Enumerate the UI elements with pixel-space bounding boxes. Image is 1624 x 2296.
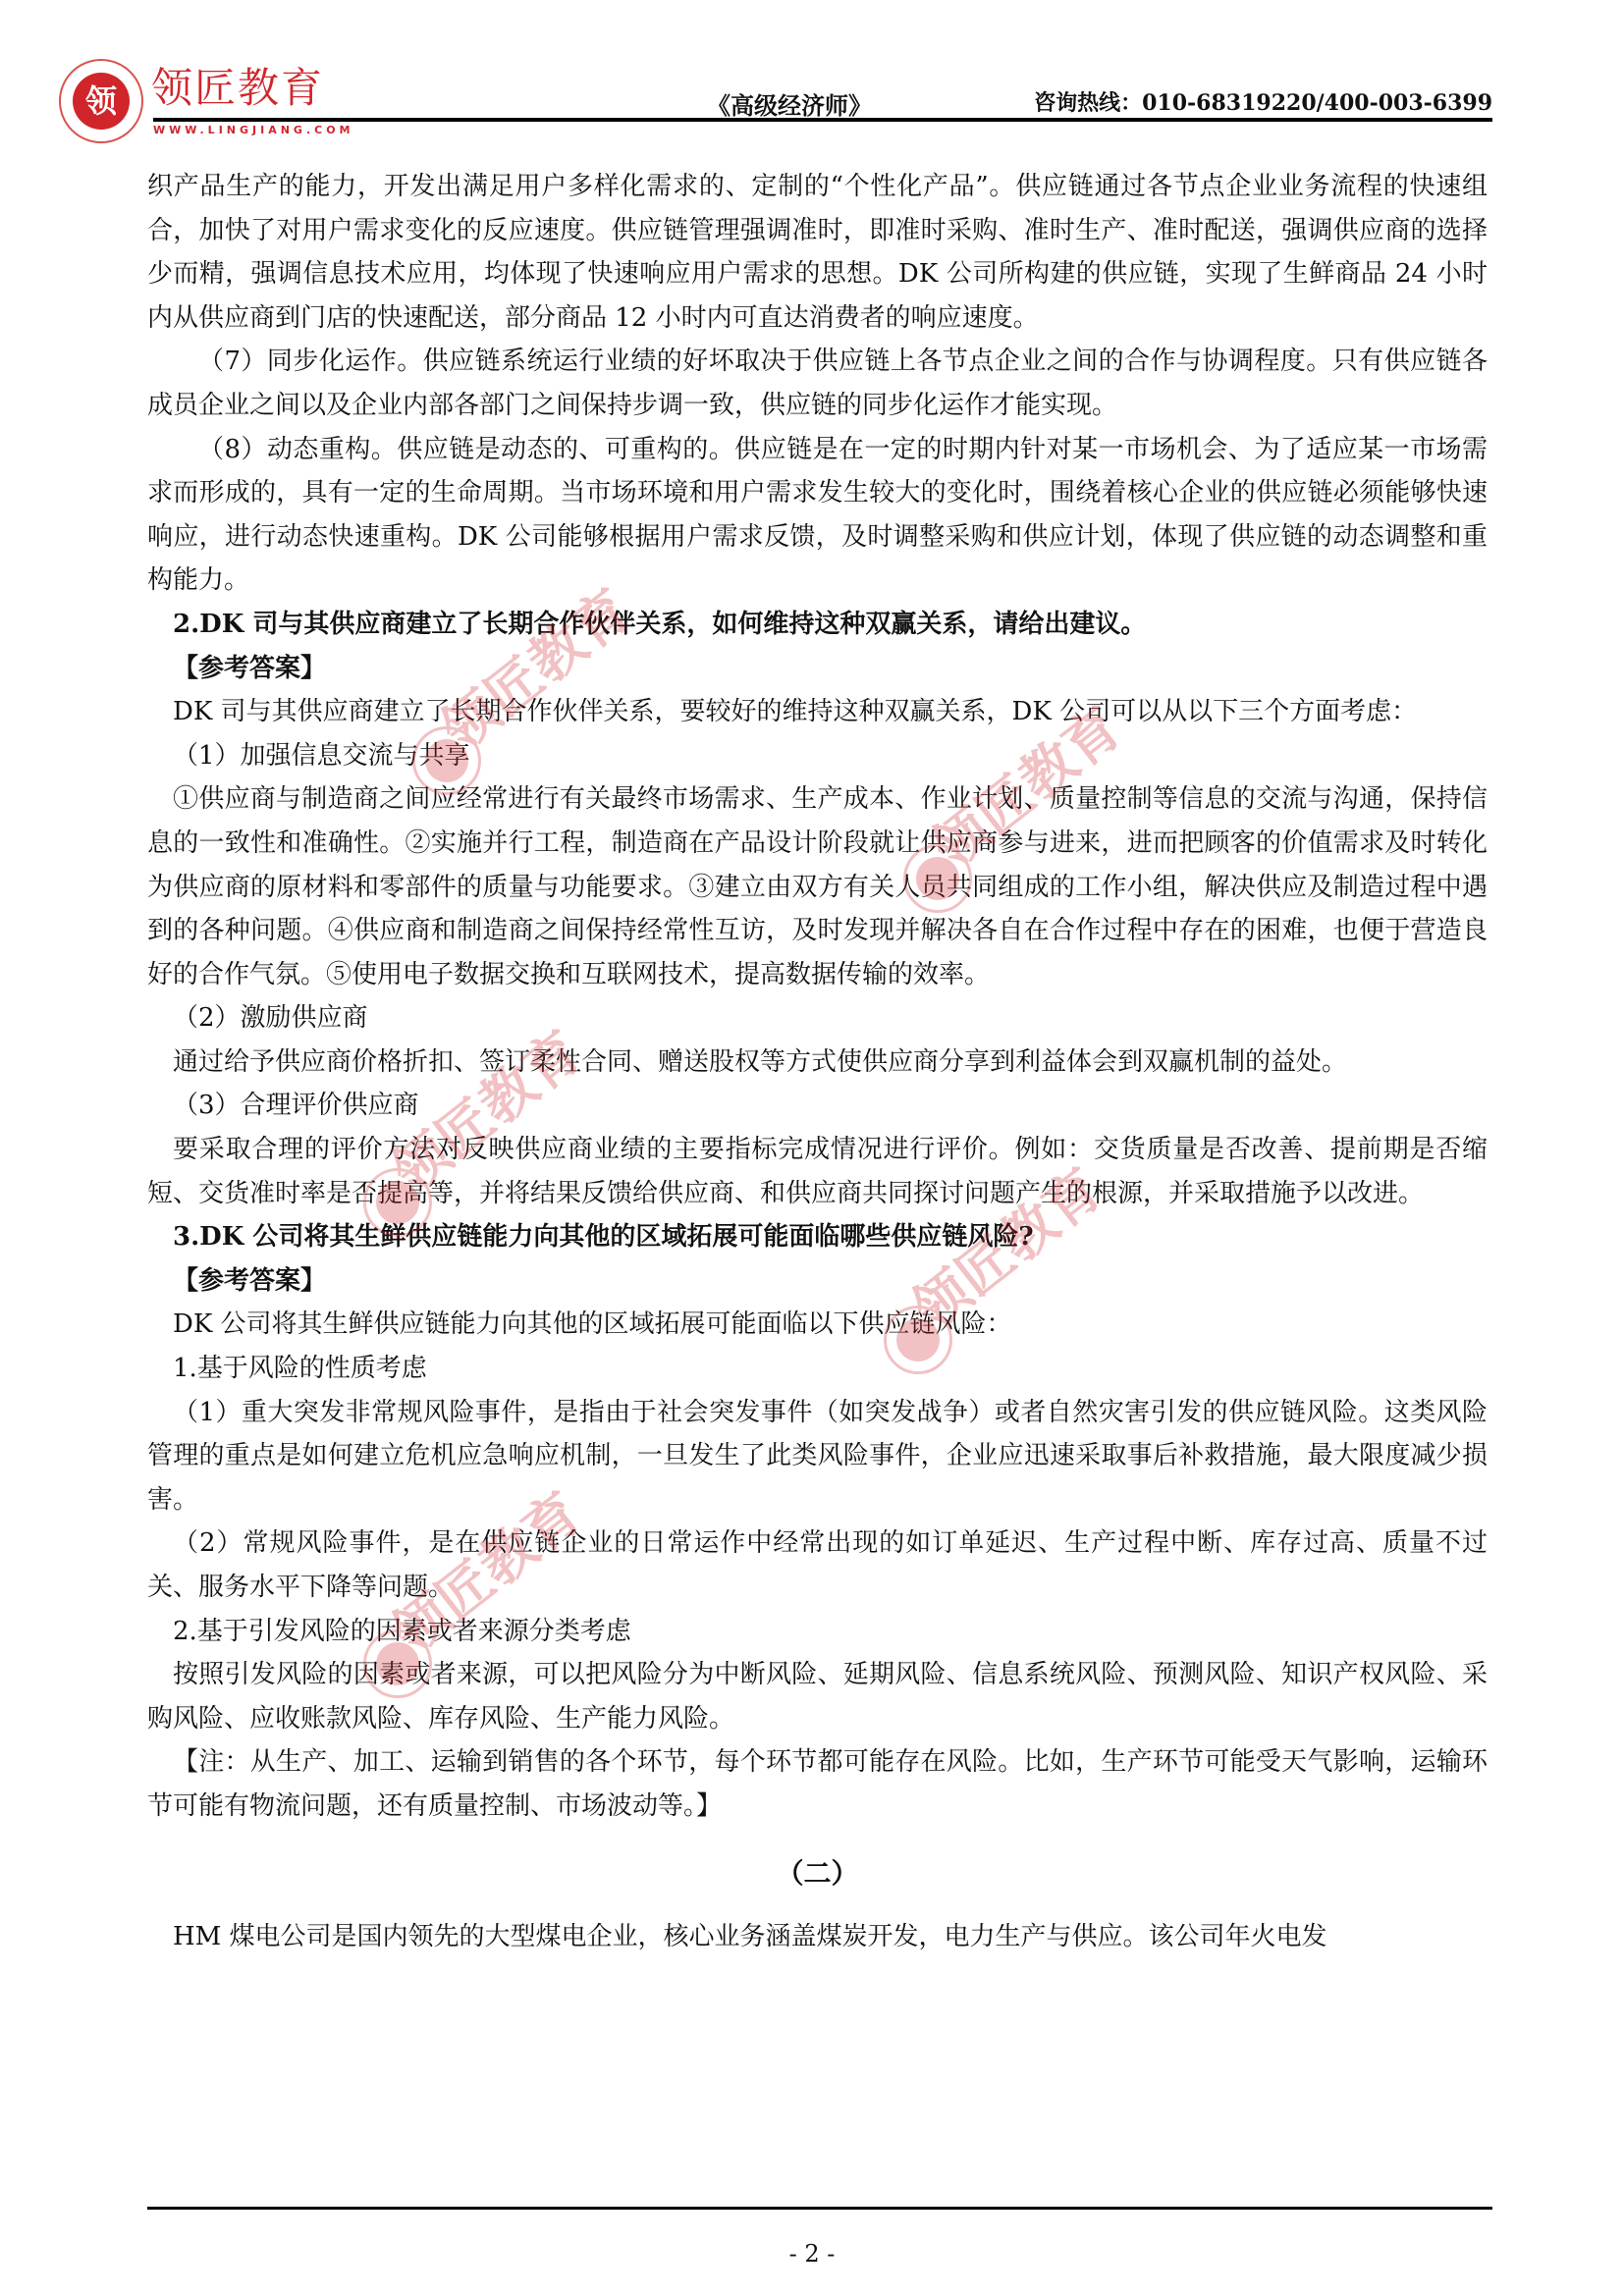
- paragraph: 按照引发风险的因素或者来源，可以把风险分为中断风险、延期风险、信息系统风险、预测…: [147, 1653, 1488, 1740]
- subheading: 1.基于风险的性质考虑: [147, 1347, 1488, 1391]
- paragraph: （2）常规风险事件，是在供应链企业的日常运作中经常出现的如订单延迟、生产过程中断…: [147, 1522, 1488, 1609]
- paragraph: 织产品生产的能力，开发出满足用户多样化需求的、定制的“个性化产品”。供应链通过各…: [147, 165, 1488, 340]
- brand-url: WWW.LINGJIANG.COM: [153, 124, 354, 136]
- question-heading: 3.DK 公司将其生鲜供应链能力向其他的区域拓展可能面临哪些供应链风险?: [147, 1215, 1488, 1259]
- footer-divider: [147, 2207, 1492, 2210]
- page-number: - 2 -: [0, 2240, 1624, 2268]
- subheading: （2）激励供应商: [147, 996, 1488, 1041]
- question-heading: 2.DK 司与其供应商建立了长期合作伙伴关系，如何维持这种双赢关系，请给出建议。: [147, 603, 1488, 647]
- subheading: （1）加强信息交流与共享: [147, 734, 1488, 778]
- paragraph: 通过给予供应商价格折扣、签订柔性合同、赠送股权等方式使供应商分享到利益体会到双赢…: [147, 1041, 1488, 1085]
- brand-name: 领匠教育: [151, 63, 324, 114]
- page-header: 领 领匠教育 WWW.LINGJIANG.COM 《高级经济师》 咨询热线：01…: [59, 57, 1492, 155]
- hotline: 咨询热线：010-68319220/400-003-6399: [1034, 86, 1492, 117]
- paragraph: DK 司与其供应商建立了长期合作伙伴关系，要较好的维持这种双赢关系，DK 公司可…: [147, 690, 1488, 734]
- brand-logo-seal: 领: [59, 59, 143, 143]
- section-heading: （二）: [147, 1852, 1488, 1896]
- paragraph: （1）重大突发非常规风险事件，是指由于社会突发事件（如突发战争）或者自然灾害引发…: [147, 1391, 1488, 1522]
- paragraph: ①供应商与制造商之间应经常进行有关最终市场需求、生产成本、作业计划、质量控制等信…: [147, 777, 1488, 996]
- note-paragraph: 【注：从生产、加工、运输到销售的各个环节，每个环节都可能存在风险。比如，生产环节…: [147, 1740, 1488, 1828]
- document-page: 领 领匠教育 WWW.LINGJIANG.COM 《高级经济师》 咨询热线：01…: [0, 0, 1624, 2296]
- document-title: 《高级经济师》: [707, 86, 872, 121]
- document-body: 织产品生产的能力，开发出满足用户多样化需求的、定制的“个性化产品”。供应链通过各…: [147, 165, 1488, 1958]
- paragraph: （8）动态重构。供应链是动态的、可重构的。供应链是在一定的时期内针对某一市场机会…: [147, 428, 1488, 603]
- case-intro-paragraph: HM 煤电公司是国内领先的大型煤电企业，核心业务涵盖煤炭开发，电力生产与供应。该…: [147, 1915, 1488, 1959]
- subheading: （3）合理评价供应商: [147, 1084, 1488, 1128]
- paragraph: DK 公司将其生鲜供应链能力向其他的区域拓展可能面临以下供应链风险：: [147, 1303, 1488, 1347]
- subheading: 2.基于引发风险的因素或者来源分类考虑: [147, 1610, 1488, 1654]
- paragraph: （7）同步化运作。供应链系统运行业绩的好坏取决于供应链上各节点企业之间的合作与协…: [147, 340, 1488, 427]
- answer-label: 【参考答案】: [147, 647, 1488, 691]
- paragraph: 要采取合理的评价方法对反映供应商业绩的主要指标完成情况进行评价。例如：交货质量是…: [147, 1128, 1488, 1215]
- brand-logo-glyph: 领: [73, 73, 130, 130]
- answer-label: 【参考答案】: [147, 1259, 1488, 1304]
